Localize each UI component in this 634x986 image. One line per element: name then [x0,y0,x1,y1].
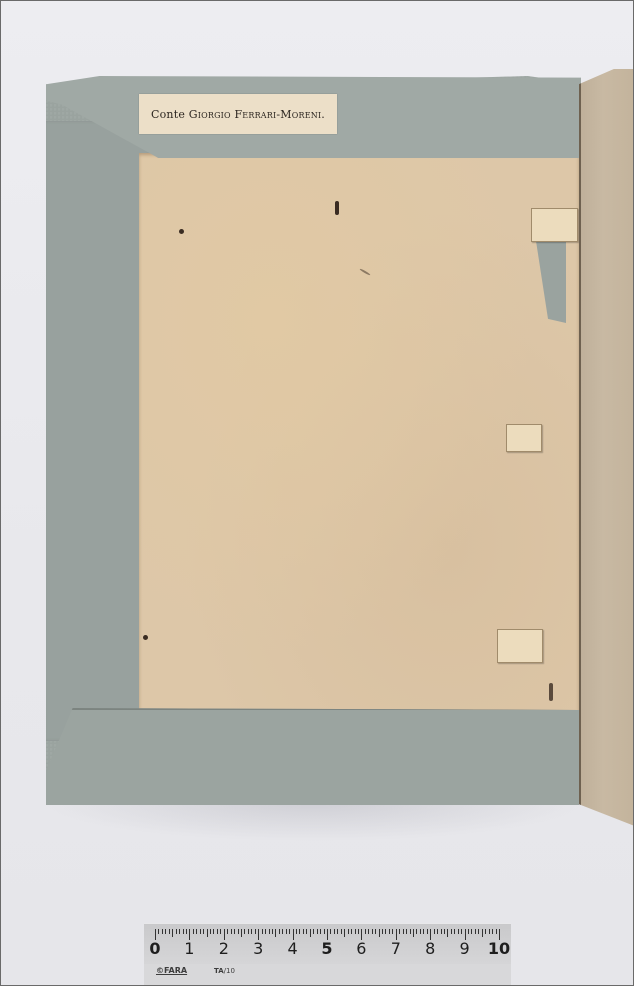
ruler-tick [372,929,373,934]
ruler-tick [454,929,455,934]
ruler-number: 8 [425,939,435,958]
ruler-tick [269,929,270,934]
ruler-band [144,964,511,986]
ruler-tick [444,929,445,934]
ruler-tick [489,929,490,934]
ruler-tick [207,929,208,937]
ruler-tick [368,929,369,934]
ruler-tick [399,929,400,934]
ruler-tick [317,929,318,934]
ink-spot [335,201,339,215]
ruler-tick [437,929,438,934]
ruler-tick [248,929,249,934]
ruler-tick [217,929,218,934]
ruler-tick [310,929,311,937]
ruler-tick [262,929,263,934]
ruler-tick [485,929,486,934]
ruler-tick [334,929,335,934]
ruler-tick [468,929,469,934]
ruler-tick [165,929,166,934]
ruler-tick [423,929,424,934]
ruler-tick [286,929,287,934]
cast-shadow [41,801,586,841]
ruler-tick [496,929,497,934]
binding-strap [506,424,542,452]
ruler-tick [478,929,479,934]
ruler-tick [313,929,314,934]
ruler-number: 9 [460,939,470,958]
spine-flap [579,69,634,827]
ruler-tick [158,929,159,934]
ink-spot [179,229,184,234]
ruler-tick [348,929,349,934]
ruler-tick [303,929,304,934]
ruler-tick [420,929,421,934]
ruler-tick [282,929,283,934]
ruler-tick [200,929,201,934]
ruler-tick [451,929,452,934]
owner-label-text: Conte Giorgio Ferrari-Moreni. [151,108,325,121]
ruler-number: 0 [149,939,160,958]
ruler-tick [392,929,393,934]
ruler-number: 7 [391,939,401,958]
ruler-number: 1 [184,939,194,958]
ruler-number: 2 [219,939,229,958]
wrapper-bottom-flap [46,708,579,805]
ruler-model: TA/10 [214,967,235,975]
wrapper-left-flap [46,121,151,741]
ruler-tick [244,929,245,934]
ruler-tick [403,929,404,934]
ruler-tick [320,929,321,934]
ruler-model-prefix: TA [214,967,224,975]
ruler-number: 4 [288,939,298,958]
binding-strap [531,208,578,242]
ruler-tick [471,929,472,934]
ruler-number: 5 [321,939,332,958]
ruler-tick [265,929,266,934]
ruler-tick [447,929,448,937]
ruler-tick [241,929,242,937]
ruler-tick [296,929,297,934]
ruler-number: 6 [356,939,366,958]
tear-mark [549,683,553,701]
ruler-tick [324,929,325,934]
ruler-tick [341,929,342,934]
ruler-tick [475,929,476,934]
ruler-tick [179,929,180,934]
ruler-tick [299,929,300,934]
ruler-tick [337,929,338,934]
ruler-tick [416,929,417,934]
ruler-tick [385,929,386,934]
ruler-tick [220,929,221,934]
ruler-tick [172,929,173,937]
ruler-tick [272,929,273,934]
ruler-numbers: 012345678910 [144,939,511,961]
ruler-brand: ©FARA [156,966,187,975]
ruler-tick [275,929,276,937]
ruler-tick [434,929,435,934]
ruler-tick [410,929,411,934]
ruler-tick [238,929,239,934]
ruler-tick [306,929,307,934]
ruler-tick [382,929,383,934]
ruler-tick [389,929,390,934]
ruler-tick [355,929,356,934]
ruler-tick [344,929,345,937]
ruler-tick [413,929,414,937]
ruler-tick [330,929,331,934]
ruler-tick [379,929,380,937]
ruler-tick [375,929,376,934]
ruler-tick [162,929,163,934]
ruler-number: 3 [253,939,263,958]
ruler-tick [251,929,252,934]
ruler-tick [234,929,235,934]
ruler-tick [441,929,442,934]
ruler-tick [231,929,232,934]
ruler-tick [176,929,177,934]
ruler-tick [279,929,280,934]
ruler-tick [196,929,197,934]
ruler-tick [289,929,290,934]
ruler-tick [358,929,359,934]
ruler-tick [427,929,428,934]
ruler-tick [492,929,493,934]
ink-spot [143,635,148,640]
ruler-tick [213,929,214,934]
ruler-tick [183,929,184,934]
ruler-tick [461,929,462,934]
ruler-tick [365,929,366,934]
ruler-tick [227,929,228,934]
ruler-tick [193,929,194,934]
ruler-number: 10 [488,939,510,958]
label-name: Giorgio Ferrari-Moreni. [189,108,325,121]
ruler-tick [406,929,407,934]
ruler-model-suffix: /10 [224,967,235,975]
ruler-tick [203,929,204,934]
ruler-tick [186,929,187,934]
ink-mark [359,268,370,276]
ruler-tick [458,929,459,934]
ruler-tick [255,929,256,934]
owner-label: Conte Giorgio Ferrari-Moreni. [139,94,337,134]
ruler-tick [169,929,170,934]
ruler-tick [351,929,352,934]
binding-strap [497,629,543,663]
ruler-tick [482,929,483,937]
label-prefix: Conte [151,108,185,121]
ruler-tick [210,929,211,934]
measurement-ruler: 012345678910 ©FARA TA/10 [144,923,511,986]
